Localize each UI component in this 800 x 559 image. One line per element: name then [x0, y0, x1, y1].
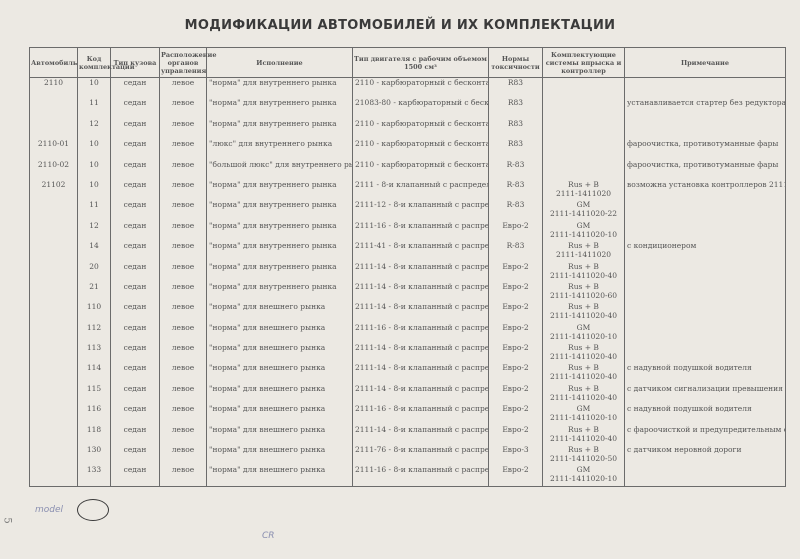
cell-controller: Rus + B2111-1411020-40: [543, 363, 625, 383]
cell-steering: левое: [160, 384, 207, 404]
cell-controller: GM2111-1411020-10: [543, 465, 625, 486]
cell-code: 10: [78, 160, 111, 180]
controller-part-number: 2111-1411020-10: [545, 413, 622, 422]
cell-steering: левое: [160, 302, 207, 322]
controller-part-number: 2111-1411020-40: [545, 352, 622, 361]
table-row: 2110-0110седанлевое"люкс" для внутреннег…: [30, 139, 786, 159]
cell-code: 21: [78, 282, 111, 302]
cell-engine: 2110 - карбюраторный с бесконтактной сис…: [353, 160, 489, 180]
cell-engine: 2111-16 - 8-и клапанный с распределенным…: [353, 404, 489, 424]
cell-controller: Rus + B2111-1411020-40: [543, 425, 625, 445]
cell-note: [625, 221, 786, 241]
cell-note: устанавливается стартер без редуктора: [625, 98, 786, 118]
cell-code: 114: [78, 363, 111, 383]
col-header-steering: Расположение органов управления: [160, 48, 207, 78]
cell-note: фароочистка, противотуманные фары: [625, 139, 786, 159]
cell-note: [625, 302, 786, 322]
cell-code: 112: [78, 323, 111, 343]
cell-norm: Евро-2: [489, 343, 543, 363]
col-header-car: Автомобиль: [30, 48, 78, 78]
cell-version: "норма" для внешнего рынка: [207, 343, 353, 363]
col-header-version: Исполнение: [207, 48, 353, 78]
controller-system: Rus + B: [545, 343, 622, 352]
cell-controller: [543, 139, 625, 159]
cell-norm: R-83: [489, 241, 543, 261]
cell-steering: левое: [160, 139, 207, 159]
cell-note: с надувной подушкой водителя: [625, 363, 786, 383]
cell-controller: [543, 98, 625, 118]
cell-controller: GM2111-1411020-10: [543, 221, 625, 241]
cell-code: 110: [78, 302, 111, 322]
cell-body: седан: [111, 98, 160, 118]
cell-version: "люкс" для внутреннего рынка: [207, 139, 353, 159]
cell-norm: R-83: [489, 160, 543, 180]
cell-body: седан: [111, 384, 160, 404]
controller-part-number: 2111-1411020-40: [545, 311, 622, 320]
cell-controller: Rus + B2111-1411020: [543, 180, 625, 200]
col-header-controller: Комплектующие системы впрыска и контролл…: [543, 48, 625, 78]
cell-code: 12: [78, 221, 111, 241]
cell-version: "норма" для внутреннего рынка: [207, 200, 353, 220]
cell-engine: 21083-80 - карбюраторный с бесконтактной…: [353, 98, 489, 118]
controller-system: GM: [545, 465, 622, 474]
cell-steering: левое: [160, 323, 207, 343]
cell-engine: 2111-14 - 8-и клапанный с распределенным…: [353, 343, 489, 363]
table-row: 133седанлевое"норма" для внешнего рынка2…: [30, 465, 786, 486]
table-row: 112седанлевое"норма" для внешнего рынка2…: [30, 323, 786, 343]
cell-norm: R83: [489, 139, 543, 159]
cell-code: 115: [78, 384, 111, 404]
table-row: 21седанлевое"норма" для внутреннего рынк…: [30, 282, 786, 302]
cell-norm: R-83: [489, 180, 543, 200]
table-row: 114седанлевое"норма" для внешнего рынка2…: [30, 363, 786, 383]
controller-system: Rus + B: [545, 262, 622, 271]
col-header-code: Код комплектации: [78, 48, 111, 78]
cell-engine: 2111-41 - 8-и клапанный с распределенным…: [353, 241, 489, 261]
cell-version: "норма" для внутреннего рынка: [207, 241, 353, 261]
table-row: 130седанлевое"норма" для внешнего рынка2…: [30, 445, 786, 465]
cell-note: [625, 282, 786, 302]
cell-steering: левое: [160, 180, 207, 200]
cell-engine: 2110 - карбюраторный с бесконтактной сис…: [353, 139, 489, 159]
cell-body: седан: [111, 119, 160, 139]
cell-version: "норма" для внутреннего рынка: [207, 262, 353, 282]
cell-steering: левое: [160, 200, 207, 220]
controller-system: Rus + B: [545, 241, 622, 250]
cell-note: с датчиком неровной дороги: [625, 445, 786, 465]
table-row: 116седанлевое"норма" для внешнего рынка2…: [30, 404, 786, 424]
cell-version: "норма" для внешнего рынка: [207, 404, 353, 424]
cell-code: 116: [78, 404, 111, 424]
table-row: 20седанлевое"норма" для внутреннего рынк…: [30, 262, 786, 282]
cell-version: "норма" для внешнего рынка: [207, 425, 353, 445]
cell-car: [30, 425, 78, 445]
controller-system: Rus + B: [545, 425, 622, 434]
page-title: МОДИФИКАЦИИ АВТОМОБИЛЕЙ И ИХ КОМПЛЕКТАЦИ…: [0, 18, 800, 33]
cell-car: 2110: [30, 78, 78, 99]
cell-car: [30, 404, 78, 424]
cell-controller: [543, 119, 625, 139]
cell-version: "норма" для внешнего рынка: [207, 302, 353, 322]
cell-code: 20: [78, 262, 111, 282]
cell-norm: R83: [489, 98, 543, 118]
cell-engine: 2111-14 - 8-и клапанный с распределенным…: [353, 282, 489, 302]
cell-car: [30, 241, 78, 261]
controller-system: Rus + B: [545, 180, 622, 189]
cell-note: [625, 262, 786, 282]
col-header-body: Тип кузова: [111, 48, 160, 78]
cell-car: [30, 363, 78, 383]
cell-car: 21102: [30, 180, 78, 200]
cell-engine: 2111-16 - 8-и клапанный с распределенным…: [353, 465, 489, 486]
cell-code: 133: [78, 465, 111, 486]
cell-norm: R83: [489, 119, 543, 139]
cell-norm: Евро-2: [489, 282, 543, 302]
cell-note: [625, 119, 786, 139]
cell-code: 10: [78, 180, 111, 200]
cell-version: "норма" для внешнего рынка: [207, 465, 353, 486]
controller-system: Rus + B: [545, 384, 622, 393]
cell-note: [625, 78, 786, 99]
modifications-table: Автомобиль Код комплектации Тип кузова Р…: [29, 47, 786, 487]
cell-car: [30, 200, 78, 220]
cell-engine: 2111-16 - 8-и клапанный с распределенным…: [353, 323, 489, 343]
cell-engine: 2111-14 - 8-и клапанный с распределенным…: [353, 262, 489, 282]
cell-norm: Евро-2: [489, 404, 543, 424]
cell-controller: Rus + B2111-1411020: [543, 241, 625, 261]
cell-car: [30, 282, 78, 302]
controller-part-number: 2111-1411020: [545, 250, 622, 259]
cell-code: 11: [78, 200, 111, 220]
cell-body: седан: [111, 180, 160, 200]
cell-note: с фароочисткой и предупредительным свето…: [625, 425, 786, 445]
handwritten-bottom-note: CR: [262, 531, 275, 541]
cell-body: седан: [111, 343, 160, 363]
controller-part-number: 2111-1411020-10: [545, 474, 622, 483]
table-row: 2110-0210седанлевое"большой люкс" для вн…: [30, 160, 786, 180]
cell-car: [30, 302, 78, 322]
cell-version: "норма" для внешнего рынка: [207, 363, 353, 383]
controller-system: Rus + B: [545, 282, 622, 291]
controller-part-number: 2111-1411020-40: [545, 372, 622, 381]
cell-body: седан: [111, 200, 160, 220]
cell-steering: левое: [160, 465, 207, 486]
cell-engine: 2110 - карбюраторный с бесконтактной сис…: [353, 119, 489, 139]
cell-body: седан: [111, 465, 160, 486]
cell-code: 113: [78, 343, 111, 363]
cell-version: "большой люкс" для внутреннего рынка: [207, 160, 353, 180]
controller-system: GM: [545, 200, 622, 209]
controller-system: Rus + B: [545, 363, 622, 372]
controller-part-number: 2111-1411020-60: [545, 291, 622, 300]
cell-steering: левое: [160, 241, 207, 261]
cell-engine: 2111 - 8-и клапанный с распределенным вп…: [353, 180, 489, 200]
cell-controller: GM2111-1411020-22: [543, 200, 625, 220]
cell-controller: GM2111-1411020-10: [543, 404, 625, 424]
controller-system: GM: [545, 221, 622, 230]
cell-note: с датчиком сигнализации превышения скоро…: [625, 384, 786, 404]
table-row: 11седанлевое"норма" для внутреннего рынк…: [30, 98, 786, 118]
table-row: 110седанлевое"норма" для внешнего рынка2…: [30, 302, 786, 322]
cell-code: 130: [78, 445, 111, 465]
cell-controller: Rus + B2111-1411020-60: [543, 282, 625, 302]
cell-norm: Евро-2: [489, 363, 543, 383]
cell-car: [30, 465, 78, 486]
cell-engine: 2110 - карбюраторный с бесконтактной сис…: [353, 78, 489, 99]
controller-part-number: 2111-1411020-40: [545, 271, 622, 280]
cell-note: фароочистка, противотуманные фары: [625, 160, 786, 180]
cell-car: [30, 262, 78, 282]
table-row: 12седанлевое"норма" для внутреннего рынк…: [30, 119, 786, 139]
cell-car: [30, 343, 78, 363]
cell-steering: левое: [160, 282, 207, 302]
col-header-norm: Нормы токсичности: [489, 48, 543, 78]
cell-code: 118: [78, 425, 111, 445]
cell-note: [625, 465, 786, 486]
cell-norm: Евро-2: [489, 323, 543, 343]
cell-body: седан: [111, 139, 160, 159]
table-row: 11седанлевое"норма" для внутреннего рынк…: [30, 200, 786, 220]
cell-car: [30, 221, 78, 241]
cell-car: [30, 384, 78, 404]
cell-steering: левое: [160, 363, 207, 383]
cell-controller: [543, 160, 625, 180]
cell-code: 10: [78, 139, 111, 159]
table-header-row: Автомобиль Код комплектации Тип кузова Р…: [30, 48, 786, 78]
cell-version: "норма" для внешнего рынка: [207, 323, 353, 343]
cell-body: седан: [111, 323, 160, 343]
cell-steering: левое: [160, 119, 207, 139]
cell-code: 10: [78, 78, 111, 99]
cell-norm: R-83: [489, 200, 543, 220]
cell-note: с кондиционером: [625, 241, 786, 261]
cell-steering: левое: [160, 425, 207, 445]
controller-part-number: 2111-1411020-10: [545, 332, 622, 341]
cell-body: седан: [111, 262, 160, 282]
cell-engine: 2111-14 - 8-и клапанный с распределенным…: [353, 302, 489, 322]
table-row: 12седанлевое"норма" для внутреннего рынк…: [30, 221, 786, 241]
cell-engine: 2111-14 - 8-и клапанный с распределенным…: [353, 384, 489, 404]
cell-code: 11: [78, 98, 111, 118]
cell-version: "норма" для внутреннего рынка: [207, 119, 353, 139]
cell-engine: 2111-76 - 8-и клапанный с распределенным…: [353, 445, 489, 465]
cell-car: [30, 445, 78, 465]
table-row: 118седанлевое"норма" для внешнего рынка2…: [30, 425, 786, 445]
cell-controller: GM2111-1411020-10: [543, 323, 625, 343]
cell-body: седан: [111, 160, 160, 180]
cell-body: седан: [111, 241, 160, 261]
cell-engine: 2111-16 - 8-и клапанный с распределенным…: [353, 221, 489, 241]
cell-norm: Евро-2: [489, 302, 543, 322]
col-header-note: Примечание: [625, 48, 786, 78]
cell-norm: Евро-2: [489, 425, 543, 445]
cell-car: 2110-02: [30, 160, 78, 180]
cell-version: "норма" для внутреннего рынка: [207, 221, 353, 241]
cell-note: [625, 323, 786, 343]
cell-norm: Евро-3: [489, 445, 543, 465]
cell-note: [625, 343, 786, 363]
cell-steering: левое: [160, 78, 207, 99]
cell-controller: Rus + B2111-1411020-40: [543, 384, 625, 404]
controller-system: GM: [545, 404, 622, 413]
cell-car: [30, 119, 78, 139]
cell-steering: левое: [160, 262, 207, 282]
cell-version: "норма" для внутреннего рынка: [207, 180, 353, 200]
table-row: 211010седанлевое"норма" для внутреннего …: [30, 78, 786, 99]
cell-code: 12: [78, 119, 111, 139]
cell-engine: 2111-12 - 8-и клапанный с распределенным…: [353, 200, 489, 220]
handwritten-circle: [77, 499, 109, 521]
controller-system: Rus + B: [545, 445, 622, 454]
cell-steering: левое: [160, 98, 207, 118]
cell-engine: 2111-14 - 8-и клапанный с распределенным…: [353, 425, 489, 445]
controller-part-number: 2111-1411020: [545, 189, 622, 198]
table-row: 2110210седанлевое"норма" для внутреннего…: [30, 180, 786, 200]
cell-note: [625, 200, 786, 220]
cell-body: седан: [111, 445, 160, 465]
cell-engine: 2111-14 - 8-и клапанный с распределенным…: [353, 363, 489, 383]
cell-version: "норма" для внутреннего рынка: [207, 282, 353, 302]
cell-norm: Евро-2: [489, 221, 543, 241]
cell-norm: Евро-2: [489, 262, 543, 282]
col-header-engine: Тип двигателя с рабочим объемом 1500 см³: [353, 48, 489, 78]
cell-steering: левое: [160, 343, 207, 363]
cell-version: "норма" для внешнего рынка: [207, 445, 353, 465]
cell-steering: левое: [160, 404, 207, 424]
table-row: 115седанлевое"норма" для внешнего рынка2…: [30, 384, 786, 404]
cell-version: "норма" для внутреннего рынка: [207, 98, 353, 118]
cell-body: седан: [111, 404, 160, 424]
controller-system: Rus + B: [545, 302, 622, 311]
cell-code: 14: [78, 241, 111, 261]
cell-steering: левое: [160, 445, 207, 465]
cell-steering: левое: [160, 221, 207, 241]
controller-part-number: 2111-1411020-22: [545, 209, 622, 218]
cell-norm: Евро-2: [489, 465, 543, 486]
controller-part-number: 2111-1411020-40: [545, 393, 622, 402]
cell-norm: Евро-2: [489, 384, 543, 404]
table-row: 14седанлевое"норма" для внутреннего рынк…: [30, 241, 786, 261]
cell-version: "норма" для внешнего рынка: [207, 384, 353, 404]
cell-controller: Rus + B2111-1411020-40: [543, 262, 625, 282]
controller-part-number: 2111-1411020-10: [545, 230, 622, 239]
controller-part-number: 2111-1411020-50: [545, 454, 622, 463]
cell-body: седан: [111, 363, 160, 383]
cell-body: седан: [111, 425, 160, 445]
cell-body: седан: [111, 302, 160, 322]
cell-controller: Rus + B2111-1411020-50: [543, 445, 625, 465]
cell-car: [30, 98, 78, 118]
cell-car: 2110-01: [30, 139, 78, 159]
page-number: 5: [2, 517, 13, 523]
handwritten-margin-note: model: [35, 505, 63, 515]
controller-part-number: 2111-1411020-40: [545, 434, 622, 443]
cell-controller: Rus + B2111-1411020-40: [543, 302, 625, 322]
cell-controller: Rus + B2111-1411020-40: [543, 343, 625, 363]
cell-note: возможна установка контроллеров 2111-141…: [625, 180, 786, 200]
cell-note: с надувной подушкой водителя: [625, 404, 786, 424]
cell-controller: [543, 78, 625, 99]
cell-car: [30, 323, 78, 343]
cell-body: седан: [111, 221, 160, 241]
controller-system: GM: [545, 323, 622, 332]
cell-steering: левое: [160, 160, 207, 180]
cell-version: "норма" для внутреннего рынка: [207, 78, 353, 99]
cell-norm: R83: [489, 78, 543, 99]
table-row: 113седанлевое"норма" для внешнего рынка2…: [30, 343, 786, 363]
cell-body: седан: [111, 78, 160, 99]
cell-body: седан: [111, 282, 160, 302]
